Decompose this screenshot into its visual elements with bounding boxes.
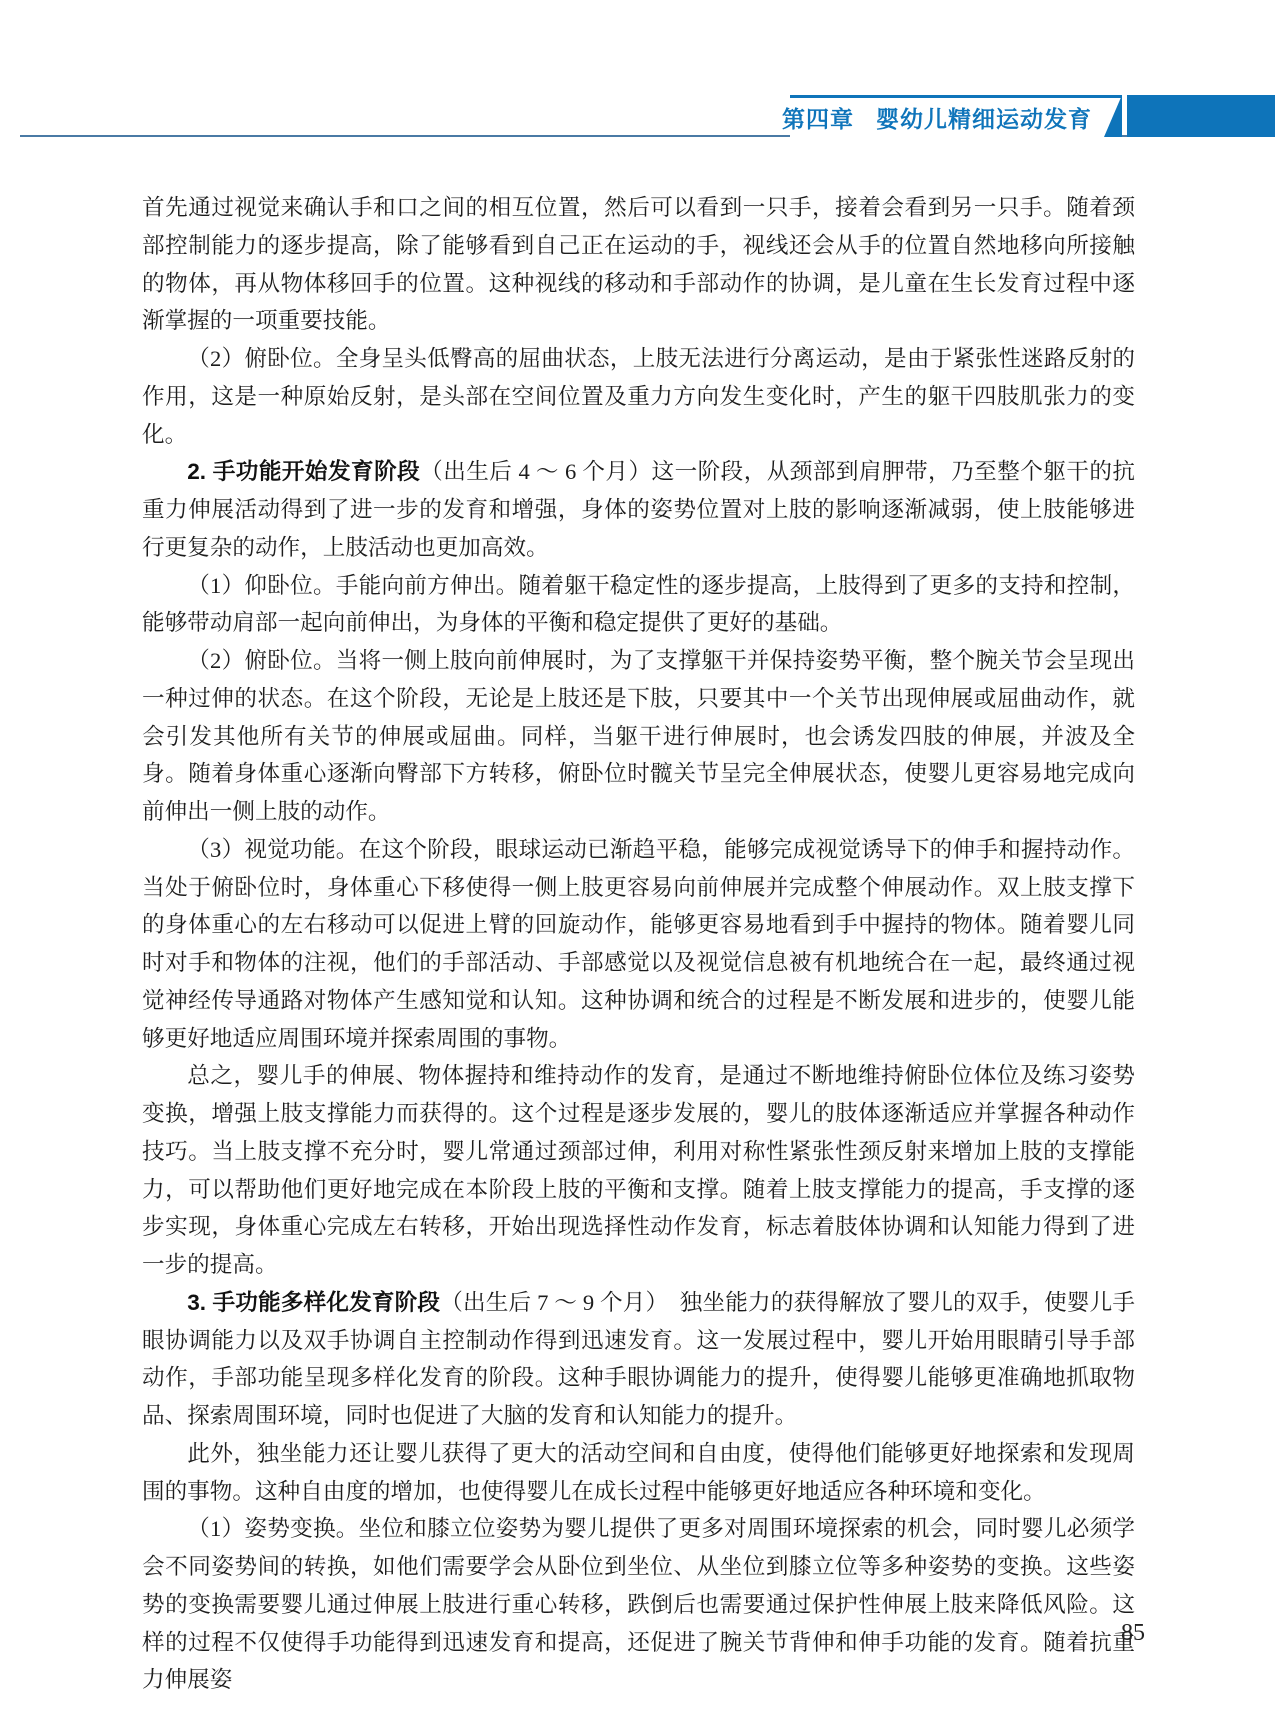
paragraph: 2. 手功能开始发育阶段（出生后 4 ～ 6 个月）这一阶段，从颈部到肩胛带，乃… [142, 453, 1135, 566]
paragraph: （2）俯卧位。全身呈头低臀高的屈曲状态，上肢无法进行分离运动，是由于紧张性迷路反… [142, 340, 1135, 453]
chapter-tab: 第四章 婴幼儿精细运动发育 [790, 95, 1122, 137]
body-text: 首先通过视觉来确认手和口之间的相互位置，然后可以看到一只手，接着会看到另一只手。… [142, 189, 1135, 1699]
paragraph-text: （1）仰卧位。手能向前方伸出。随着躯干稳定性的逐步提高，上肢得到了更多的支持和控… [142, 573, 1135, 636]
paragraph-text: （2）俯卧位。当将一侧上肢向前伸展时，为了支撑躯干并保持姿势平衡，整个腕关节会呈… [142, 648, 1135, 824]
section-heading: 3. 手功能多样化发育阶段 [187, 1290, 440, 1315]
paragraph: 总之，婴儿手的伸展、物体握持和维持动作的发育，是通过不断地维持俯卧位体位及练习姿… [142, 1057, 1135, 1284]
paragraph: （2）俯卧位。当将一侧上肢向前伸展时，为了支撑躯干并保持姿势平衡，整个腕关节会呈… [142, 642, 1135, 831]
book-page: 第四章 婴幼儿精细运动发育 首先通过视觉来确认手和口之间的相互位置，然后可以看到… [0, 0, 1275, 1718]
section-heading: 2. 手功能开始发育阶段 [187, 459, 420, 484]
paragraph: （1）姿势变换。坐位和膝立位姿势为婴儿提供了更多对周围环境探索的机会，同时婴儿必… [142, 1510, 1135, 1699]
paragraph: 首先通过视觉来确认手和口之间的相互位置，然后可以看到一只手，接着会看到另一只手。… [142, 189, 1135, 340]
paragraph-text: 此外，独坐能力还让婴儿获得了更大的活动空间和自由度，使得他们能够更好地探索和发现… [142, 1441, 1135, 1504]
paragraph-text: （1）姿势变换。坐位和膝立位姿势为婴儿提供了更多对周围环境探索的机会，同时婴儿必… [142, 1516, 1135, 1692]
paragraph: 3. 手功能多样化发育阶段（出生后 7 ～ 9 个月） 独坐能力的获得解放了婴儿… [142, 1284, 1135, 1435]
chapter-title: 婴幼儿精细运动发育 [876, 101, 1092, 134]
page-number: 85 [1095, 1620, 1145, 1647]
paragraph: （1）仰卧位。手能向前方伸出。随着躯干稳定性的逐步提高，上肢得到了更多的支持和控… [142, 567, 1135, 643]
paragraph-text: 总之，婴儿手的伸展、物体握持和维持动作的发育，是通过不断地维持俯卧位体位及练习姿… [142, 1063, 1135, 1277]
header-accent-bar [1127, 95, 1275, 137]
chapter-number: 第四章 [782, 101, 854, 134]
paragraph: （3）视觉功能。在这个阶段，眼球运动已渐趋平稳，能够完成视觉诱导下的伸手和握持动… [142, 831, 1135, 1058]
paragraph-text: 首先通过视觉来确认手和口之间的相互位置，然后可以看到一只手，接着会看到另一只手。… [142, 195, 1135, 333]
paragraph: 此外，独坐能力还让婴儿获得了更大的活动空间和自由度，使得他们能够更好地探索和发现… [142, 1435, 1135, 1511]
paragraph-text: （2）俯卧位。全身呈头低臀高的屈曲状态，上肢无法进行分离运动，是由于紧张性迷路反… [142, 346, 1135, 447]
paragraph-text: （3）视觉功能。在这个阶段，眼球运动已渐趋平稳，能够完成视觉诱导下的伸手和握持动… [142, 837, 1135, 1051]
